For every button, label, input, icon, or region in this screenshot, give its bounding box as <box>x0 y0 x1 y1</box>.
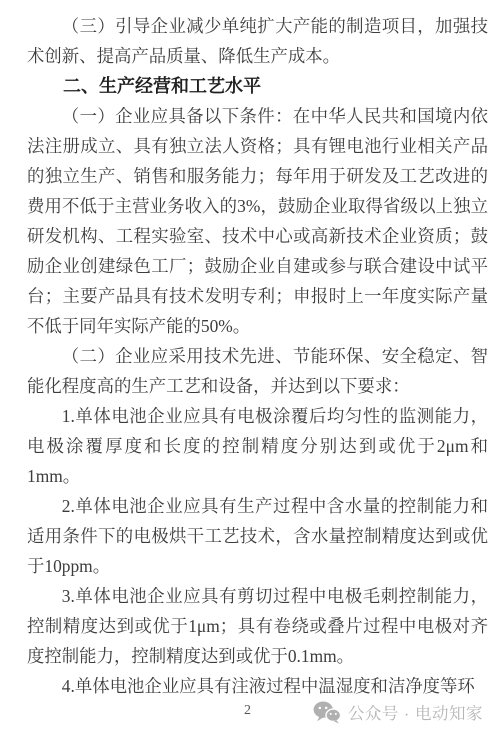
section-heading: 二、生产经营和工艺水平 <box>27 71 488 101</box>
body-paragraph: 1.单体电池企业应具有电极涂覆后均匀性的监测能力，电极涂覆厚度和长度的控制精度分… <box>27 401 488 491</box>
watermark: 公众号 · 电动知家 <box>313 700 483 724</box>
watermark-text: 公众号 · 电动知家 <box>348 700 483 724</box>
document-body: （三）引导企业减少单纯扩大产能的制造项目，加强技术创新、提高产品质量、降低生产成… <box>27 11 488 701</box>
body-paragraph: （二）企业应采用技术先进、节能环保、安全稳定、智能化程度高的生产工艺和设备，并达… <box>27 341 488 401</box>
body-paragraph: 4.单体电池企业应具有注液过程中温湿度和洁净度等环 <box>27 671 488 701</box>
body-paragraph: （一）企业应具备以下条件：在中华人民共和国境内依法注册成立、具有独立法人资格；具… <box>27 101 488 341</box>
wechat-icon <box>313 701 341 724</box>
body-paragraph: 2.单体电池企业应具有生产过程中含水量的控制能力和适用条件下的电极烘干工艺技术，… <box>27 491 488 581</box>
document-page: （三）引导企业减少单纯扩大产能的制造项目，加强技术创新、提高产品质量、降低生产成… <box>0 0 495 735</box>
body-paragraph: 3.单体电池企业应具有剪切过程中电极毛刺控制能力，控制精度达到或优于1μm；具有… <box>27 581 488 671</box>
body-paragraph: （三）引导企业减少单纯扩大产能的制造项目，加强技术创新、提高产品质量、降低生产成… <box>27 11 488 71</box>
